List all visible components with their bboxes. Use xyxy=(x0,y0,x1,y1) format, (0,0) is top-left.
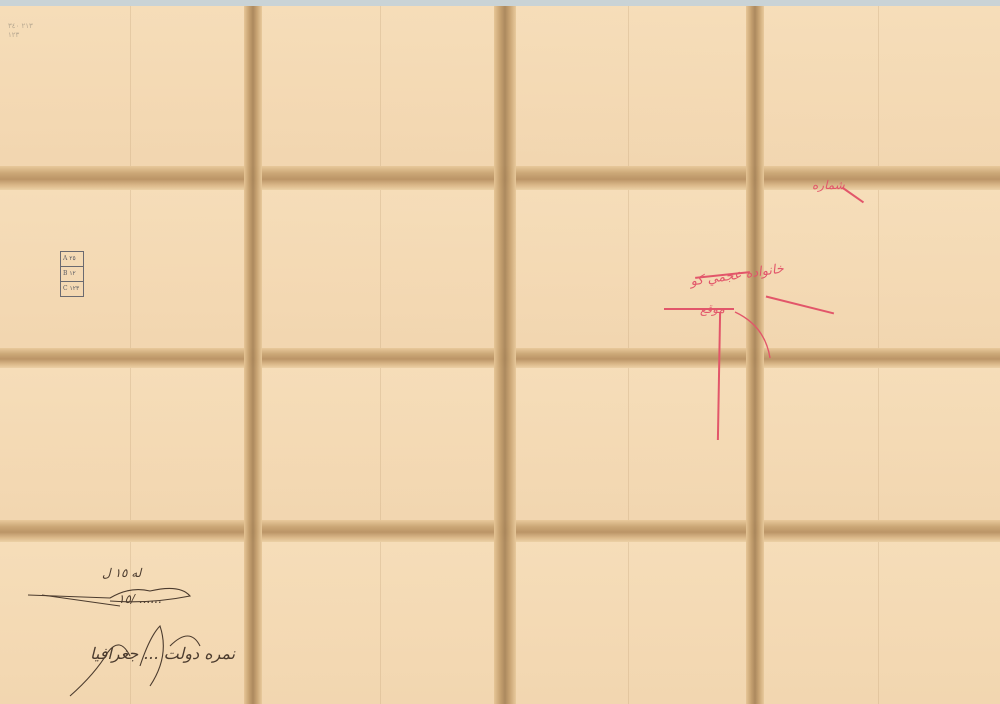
pencil-line-2: ١٥/ ...... xyxy=(118,592,162,606)
pencil-line-3: نمره دولت ... جغرافيا xyxy=(90,644,235,663)
map-sheet: ٢١٣ ٣٤٠ ١٢٣ A ٢٥ B ١٢ C ١٢٣ شماره خانواد… xyxy=(0,6,1000,704)
